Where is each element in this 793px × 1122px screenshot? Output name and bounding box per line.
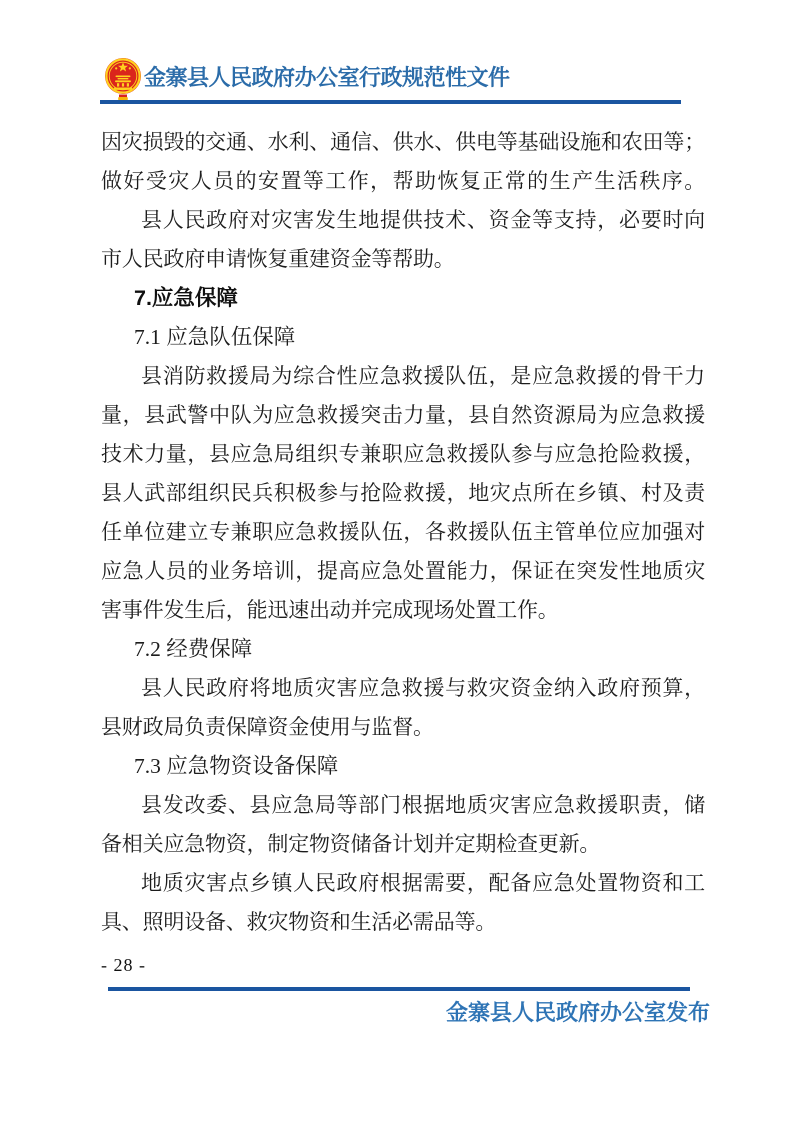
footer-publisher: 金寨县人民政府办公室发布 [446,996,710,1027]
body-line: 市人民政府申请恢复重建资金等帮助。 [101,240,705,279]
body-line: 做好受灾人员的安置等工作，帮助恢复正常的生产生活秩序。 [101,162,705,201]
body-line: 任单位建立专兼职应急救援队伍，各救援队伍主管单位应加强对 [101,513,705,552]
body-line: 地质灾害点乡镇人民政府根据需要，配备应急处置物资和工 [101,864,705,903]
body-line: 技术力量，县应急局组织专兼职应急救援队参与应急抢险救援， [101,435,705,474]
header-rule [100,100,681,104]
body-line: 害事件发生后，能迅速出动并完成现场处置工作。 [101,591,705,630]
body-line: 因灾损毁的交通、水利、通信、供水、供电等基础设施和农田等； [101,123,705,162]
subsection-heading: 7.3 应急物资设备保障 [101,747,705,786]
body-line: 县人民政府将地质灾害应急救援与救灾资金纳入政府预算， [101,669,705,708]
document-body: 因灾损毁的交通、水利、通信、供水、供电等基础设施和农田等；做好受灾人员的安置等工… [101,123,705,942]
footer-rule [108,987,690,991]
body-line: 县发改委、县应急局等部门根据地质灾害应急救援职责，储 [101,786,705,825]
body-line: 具、照明设备、救灾物资和生活必需品等。 [101,903,705,942]
page-number: - 28 - [101,955,146,976]
subsection-heading: 7.2 经费保障 [101,630,705,669]
body-line: 备相关应急物资，制定物资储备计划并定期检查更新。 [101,825,705,864]
document-page: 金寨县人民政府办公室行政规范性文件 因灾损毁的交通、水利、通信、供水、供电等基础… [0,0,793,1122]
body-line: 县人武部组织民兵积极参与抢险救援，地灾点所在乡镇、村及责 [101,474,705,513]
section-heading: 7.应急保障 [101,279,705,318]
body-line: 量，县武警中队为应急救援突击力量，县自然资源局为应急救援 [101,396,705,435]
national-emblem-icon [104,56,142,102]
header-title: 金寨县人民政府办公室行政规范性文件 [144,61,510,92]
subsection-heading: 7.1 应急队伍保障 [101,318,705,357]
body-line: 应急人员的业务培训，提高应急处置能力，保证在突发性地质灾 [101,552,705,591]
body-line: 县消防救援局为综合性应急救援队伍，是应急救援的骨干力 [101,357,705,396]
body-line: 县人民政府对灾害发生地提供技术、资金等支持，必要时向 [101,201,705,240]
body-line: 县财政局负责保障资金使用与监督。 [101,708,705,747]
